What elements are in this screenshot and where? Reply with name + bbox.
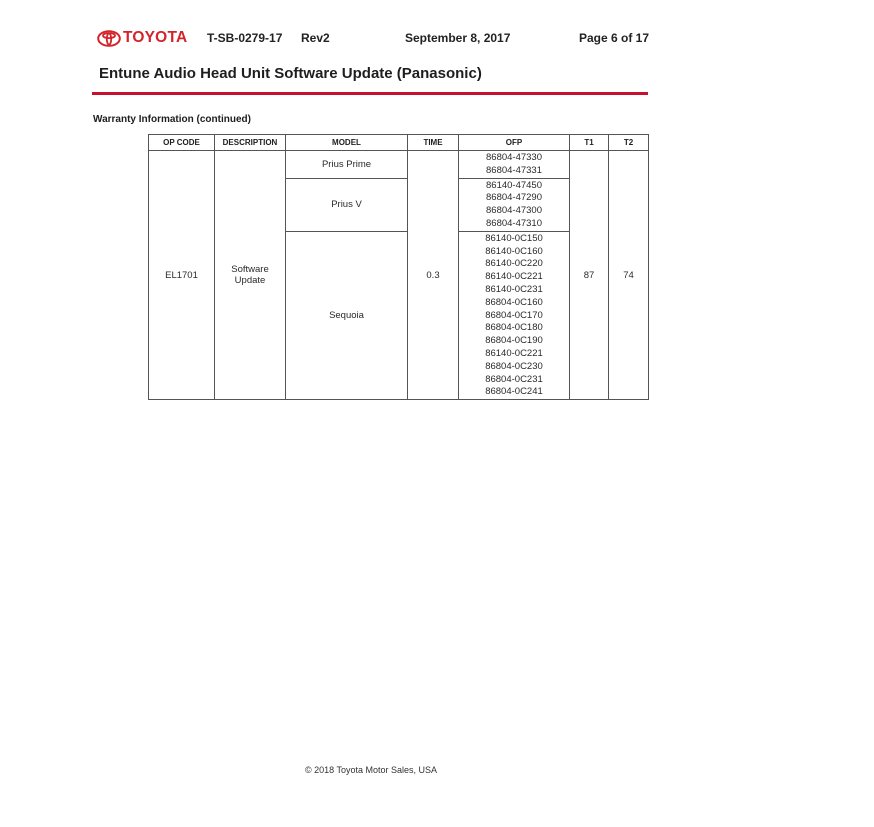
model-cell: Sequoia: [286, 231, 408, 399]
section-heading: Warranty Information (continued): [93, 114, 251, 125]
page-number: Page 6 of 17: [579, 31, 649, 45]
ofp-part-number: 86804-47331: [459, 165, 569, 178]
table-row: EL1701 Software Update Prius Prime 0.3 8…: [149, 151, 649, 179]
ofp-part-number: 86140-0C221: [459, 271, 569, 284]
t1-cell: 87: [570, 151, 609, 400]
header-t2: T2: [609, 135, 649, 151]
table-header-row: OP CODE DESCRIPTION MODEL TIME OFP T1 T2: [149, 135, 649, 151]
ofp-part-number: 86804-47300: [459, 205, 569, 218]
toyota-emblem-icon: [97, 30, 121, 47]
ofp-part-number: 86804-0C190: [459, 335, 569, 348]
header-t1: T1: [570, 135, 609, 151]
ofp-cell: 86140-0C15086140-0C16086140-0C22086140-0…: [459, 231, 570, 399]
ofp-part-number: 86804-0C230: [459, 361, 569, 374]
description-cell: Software Update: [215, 151, 286, 400]
toyota-logo: TOYOTA: [97, 29, 187, 47]
ofp-part-number: 86140-0C231: [459, 284, 569, 297]
ofp-part-number: 86804-0C180: [459, 322, 569, 335]
op-code-cell: EL1701: [149, 151, 215, 400]
ofp-part-number: 86140-47450: [459, 180, 569, 193]
t2-cell: 74: [609, 151, 649, 400]
header-description: DESCRIPTION: [215, 135, 286, 151]
time-cell: 0.3: [408, 151, 459, 400]
ofp-part-number: 86804-0C231: [459, 374, 569, 387]
ofp-part-number: 86140-0C160: [459, 246, 569, 259]
ofp-part-number: 86804-47290: [459, 192, 569, 205]
page-header: TOYOTA T-SB-0279-17 Rev2 September 8, 20…: [97, 28, 652, 50]
ofp-part-number: 86140-0C150: [459, 233, 569, 246]
ofp-cell: 86140-4745086804-4729086804-4730086804-4…: [459, 178, 570, 231]
header-model: MODEL: [286, 135, 408, 151]
revision: Rev2: [301, 31, 330, 45]
ofp-part-number: 86804-0C170: [459, 310, 569, 323]
ofp-part-number: 86140-0C220: [459, 258, 569, 271]
publication-date: September 8, 2017: [405, 31, 510, 45]
header-op-code: OP CODE: [149, 135, 215, 151]
ofp-part-number: 86804-0C160: [459, 297, 569, 310]
ofp-part-number: 86804-0C241: [459, 386, 569, 399]
ofp-part-number: 86804-47310: [459, 218, 569, 231]
header-ofp: OFP: [459, 135, 570, 151]
document-number: T-SB-0279-17: [207, 31, 282, 45]
title-divider: [92, 92, 648, 95]
brand-name: TOYOTA: [123, 29, 187, 47]
model-cell: Prius V: [286, 178, 408, 231]
ofp-part-number: 86140-0C221: [459, 348, 569, 361]
description-line: Software: [215, 264, 285, 275]
header-time: TIME: [408, 135, 459, 151]
warranty-table: OP CODE DESCRIPTION MODEL TIME OFP T1 T2…: [148, 134, 649, 400]
ofp-part-number: 86804-47330: [459, 152, 569, 165]
model-cell: Prius Prime: [286, 151, 408, 179]
ofp-cell: 86804-4733086804-47331: [459, 151, 570, 179]
document-title: Entune Audio Head Unit Software Update (…: [99, 65, 482, 82]
description-line: Update: [215, 275, 285, 286]
copyright-footer: © 2018 Toyota Motor Sales, USA: [305, 765, 437, 775]
